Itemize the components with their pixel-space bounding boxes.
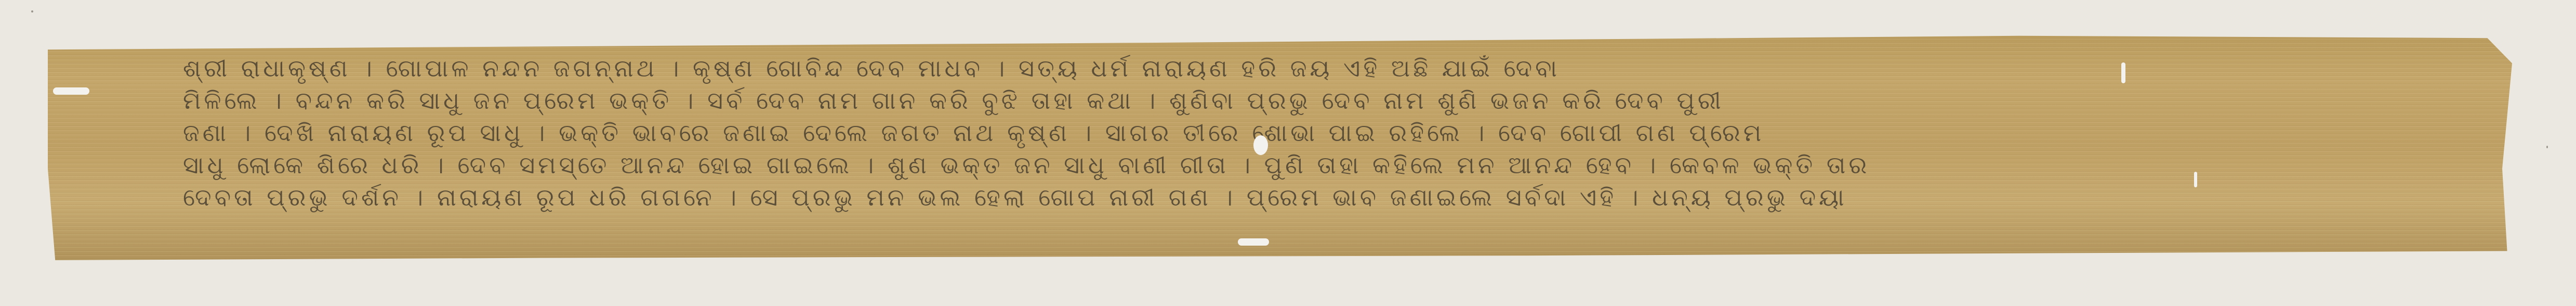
text-line-1: ଶ୍ରୀ ରାଧାକୃଷ୍ଣ । ଗୋପାଳ ନନ୍ଦନ ଜଗନ୍ନାଥ । କ… (183, 52, 2387, 84)
manuscript-text: ଶ୍ରୀ ରାଧାକୃଷ୍ଣ । ଗୋପାଳ ନନ୍ଦନ ଜଗନ୍ନାଥ । କ… (183, 52, 2387, 213)
leaf-crack (53, 87, 89, 95)
text-line-4: ସାଧୁ ଲୋକେ ଶିରେ ଧରି । ଦେବ ସମସ୍ତେ ଆନନ୍ଦ ହୋ… (183, 149, 2387, 181)
leaf-crack (1238, 238, 1269, 246)
leaf-damage (2194, 172, 2197, 187)
background-speck (2546, 146, 2548, 148)
text-line-5: ଦେବତା ପ୍ରଭୁ ଦର୍ଶନ । ନାରାୟଣ ରୂପ ଧରି ଗଗନେ … (183, 181, 2387, 213)
text-line-3: ଜଣା । ଦେଖି ନାରାୟଣ ରୂପ ସାଧୁ । ଭକ୍ତି ଭାବରେ… (183, 117, 2387, 149)
palm-leaf: ଶ୍ରୀ ରାଧାକୃଷ୍ଣ । ଗୋପାଳ ନନ୍ଦନ ଜଗନ୍ନାଥ । କ… (48, 31, 2512, 260)
text-line-2: ମିଳିଲେ । ବନ୍ଦନ କରି ସାଧୁ ଜନ ପ୍ରେମ ଭକ୍ତି ।… (183, 84, 2387, 117)
leaf-damage (2521, 32, 2526, 37)
background-speck (31, 10, 33, 12)
binding-hole (1253, 135, 1268, 155)
leaf-damage (2121, 62, 2125, 83)
